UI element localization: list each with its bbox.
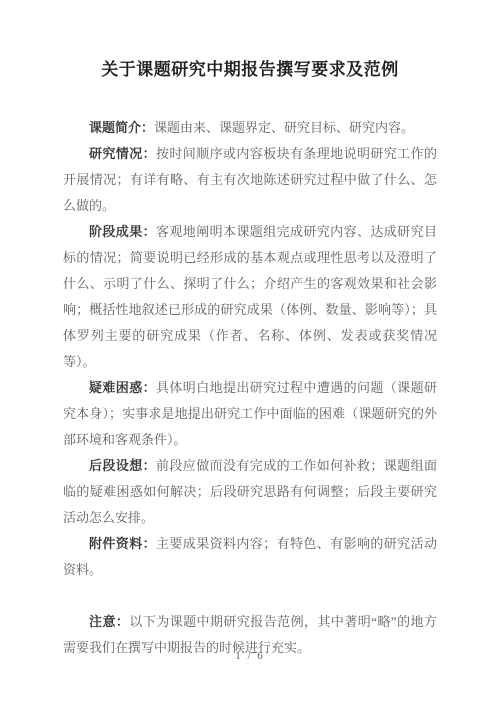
paragraph-label: 课题简介： (89, 120, 154, 135)
paragraph-research-status: 研究情况：按时间顺序或内容板块有条理地说明研究工作的开展情况；有详有略、有主有次… (63, 141, 437, 219)
paragraph-topic-intro: 课题简介：课题由来、课题界定、研究目标、研究内容。 (63, 115, 437, 141)
paragraph-attachments: 附件资料：主要成果资料内容；有特色、有影响的研究活动资料。 (63, 531, 437, 583)
paragraph-label: 附件资料： (89, 536, 156, 551)
paragraph-label: 后段设想： (89, 458, 156, 473)
paragraph-difficulties: 疑难困惑：具体明白地提出研究过程中遭遇的问题（课题研究本身）；实事求是地提出研究… (63, 375, 437, 453)
paragraph-text: 课题由来、课题界定、研究目标、研究内容。 (154, 120, 414, 135)
page-number: 1 / 6 (0, 650, 500, 662)
paragraph-label: 研究情况： (89, 146, 156, 161)
document-page: 关于课题研究中期报告撰写要求及范例 课题简介：课题由来、课题界定、研究目标、研究… (0, 0, 500, 708)
paragraph-text: 客观地阐明本课题组完成研究内容、达成研究目标的情况；简要说明已经形成的基本观点或… (63, 224, 437, 369)
paragraph-stage-results: 阶段成果：客观地阐明本课题组完成研究内容、达成研究目标的情况；简要说明已经形成的… (63, 219, 437, 375)
notice-label: 注意： (89, 614, 129, 629)
paragraph-future-plans: 后段设想：前段应做而没有完成的工作如何补救；课题组面临的疑难困惑如何解决；后段研… (63, 453, 437, 531)
paragraph-label: 阶段成果： (89, 224, 156, 239)
document-body: 课题简介：课题由来、课题界定、研究目标、研究内容。 研究情况：按时间顺序或内容板… (63, 115, 437, 661)
document-title: 关于课题研究中期报告撰写要求及范例 (0, 0, 500, 82)
paragraph-label: 疑难困惑： (89, 380, 156, 395)
